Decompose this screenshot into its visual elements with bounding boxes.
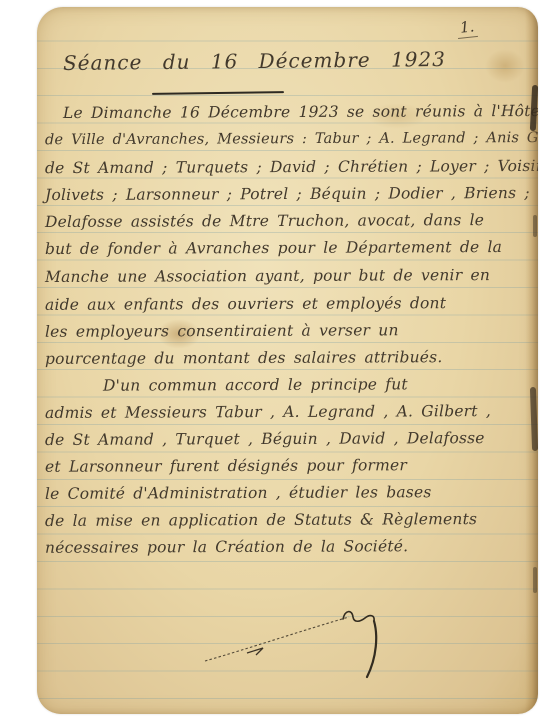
manuscript-line: pourcentage du montant des salaires attr… xyxy=(45,348,443,368)
manuscript-line: de St Amand , Turquet , Béguin , David ,… xyxy=(45,429,485,449)
paper-stain xyxy=(485,49,525,83)
signature xyxy=(177,595,397,685)
manuscript-line: de la mise en application de Statuts & R… xyxy=(45,510,477,530)
manuscript-line: aide aux enfants des ouvriers et employé… xyxy=(45,294,446,314)
manuscript-line: Le Dimanche 16 Décembre 1923 se sont réu… xyxy=(63,102,538,122)
title-underline xyxy=(152,91,284,95)
notebook-page: 1. Séance du 16 Décembre 1923 Le Dimanch… xyxy=(37,7,538,714)
scanned-document: 1. Séance du 16 Décembre 1923 Le Dimanch… xyxy=(0,0,550,720)
page-number: 1. xyxy=(456,17,478,39)
manuscript-line: Jolivets ; Larsonneur ; Potrel ; Béquin … xyxy=(45,184,530,204)
manuscript-line: but de fonder à Avranches pour le Départ… xyxy=(45,238,502,258)
page-title: Séance du 16 Décembre 1923 xyxy=(63,47,446,75)
manuscript-line: Manche une Association ayant, pour but d… xyxy=(45,266,490,286)
manuscript-line: D'un commun accord le principe fut xyxy=(103,375,408,394)
manuscript-line: les employeurs consentiraient à verser u… xyxy=(45,321,399,341)
manuscript-line: nécessaires pour la Création de la Socié… xyxy=(45,537,408,557)
manuscript-line: le Comité d'Administration , étudier les… xyxy=(45,483,432,503)
manuscript-line: de St Amand ; Turquets ; David ; Chrétie… xyxy=(45,157,538,177)
manuscript-line: Delafosse assistés de Mtre Truchon, avoc… xyxy=(45,211,484,231)
manuscript-line: et Larsonneur furent désignés pour forme… xyxy=(45,456,407,476)
edge-ink-mark xyxy=(533,567,537,593)
edge-ink-mark xyxy=(533,215,537,237)
manuscript-line: admis et Messieurs Tabur , A. Legrand , … xyxy=(45,402,491,422)
manuscript-line: de Ville d'Avranches, Messieurs : Tabur … xyxy=(45,130,538,148)
